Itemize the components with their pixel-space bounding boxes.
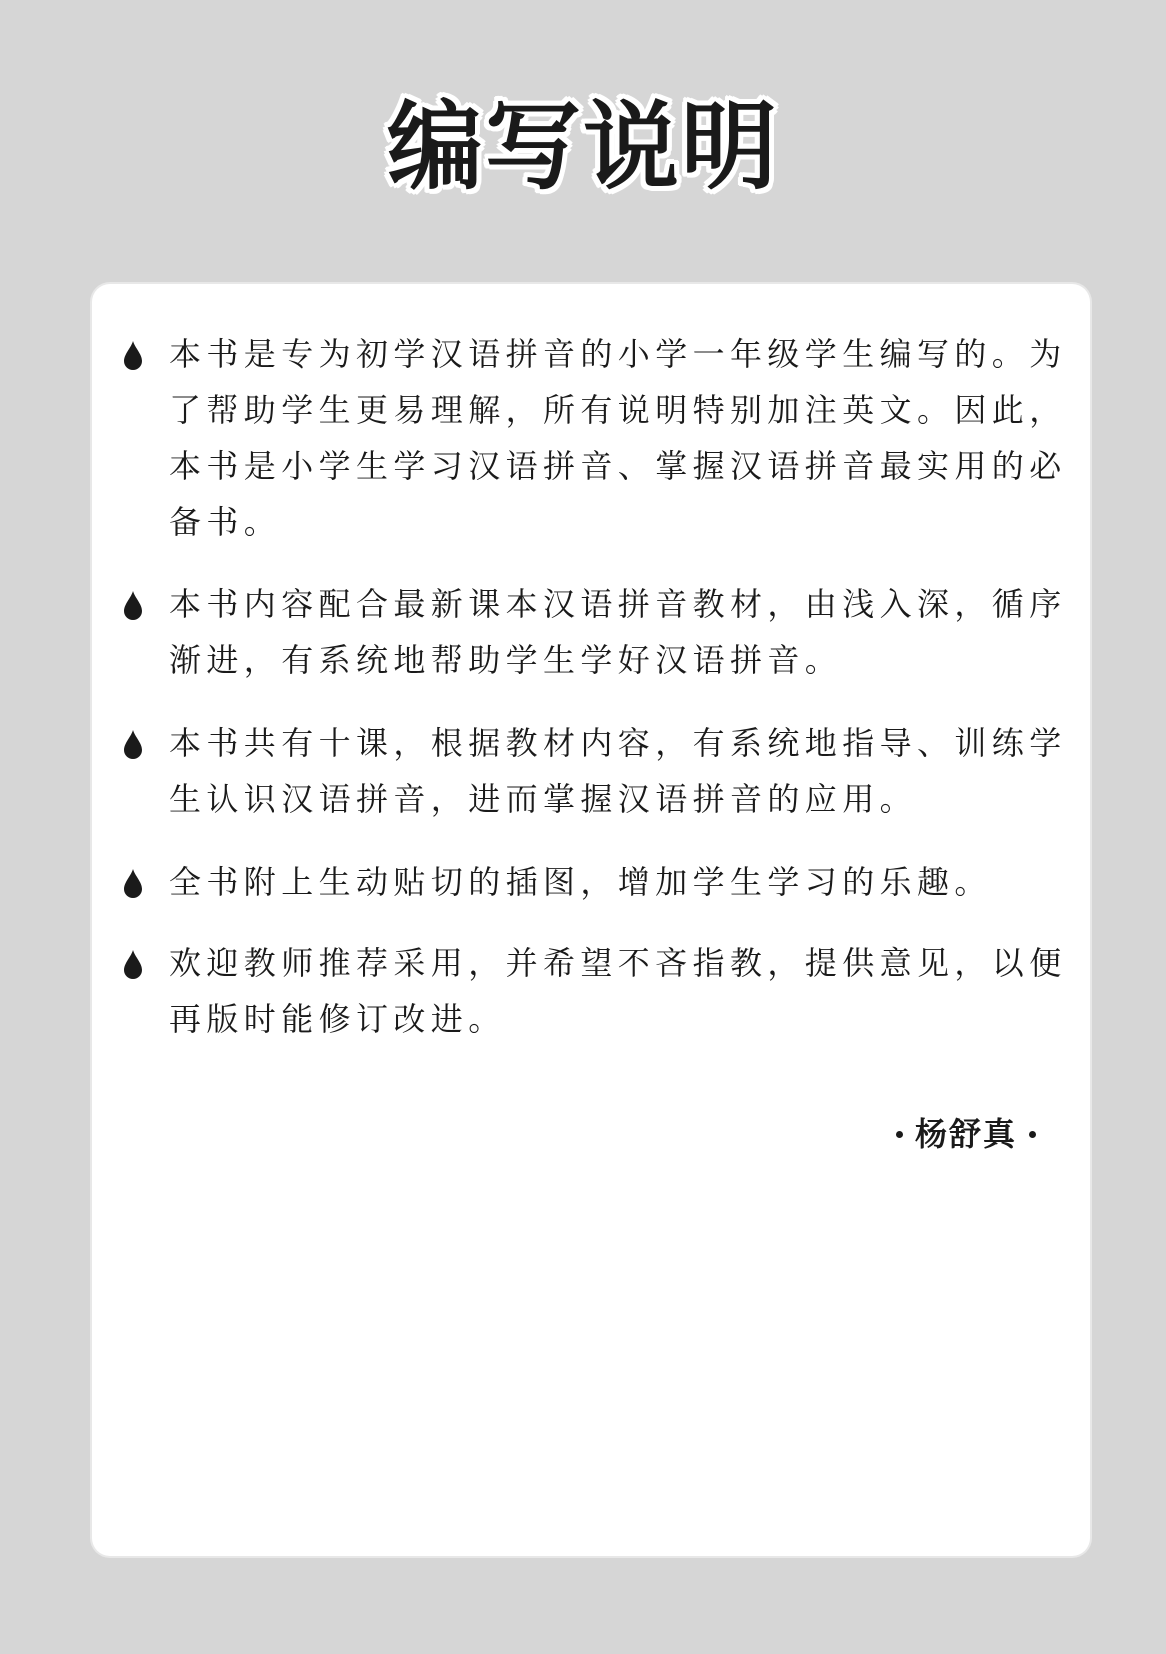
list-item-text: 欢迎教师推荐采用，并希望不吝指教，提供意见，以便 再版时能修订改进。 <box>169 935 1069 1047</box>
dot-separator-icon <box>1029 1131 1036 1138</box>
author-name: 杨舒真 <box>915 1115 1017 1153</box>
list-item-text: 全书附上生动贴切的插图，增加学生学习的乐趣。 <box>169 854 1069 910</box>
teardrop-bullet-icon <box>122 868 144 898</box>
text-line: 欢迎教师推荐采用，并希望不吝指教，提供意见，以便 <box>169 935 1069 991</box>
teardrop-bullet-icon <box>122 949 144 979</box>
text-line: 渐进，有系统地帮助学生学好汉语拼音。 <box>169 632 1069 688</box>
list-item-text: 本书共有十课，根据教材内容，有系统地指导、训练学 生认识汉语拼音，进而掌握汉语拼… <box>169 715 1069 827</box>
teardrop-bullet-icon <box>122 729 144 759</box>
author-signature: 杨舒真 <box>884 1114 1048 1154</box>
page-title: 编写说明 <box>0 92 1166 202</box>
text-line: 本书是专为初学汉语拼音的小学一年级学生编写的。为 <box>169 326 1069 382</box>
text-line: 本书共有十课，根据教材内容，有系统地指导、训练学 <box>169 715 1069 771</box>
teardrop-bullet-icon <box>122 340 144 370</box>
list-item-text: 本书内容配合最新课本汉语拼音教材，由浅入深，循序 渐进，有系统地帮助学生学好汉语… <box>169 576 1069 688</box>
dot-separator-icon <box>896 1131 903 1138</box>
text-line: 再版时能修订改进。 <box>169 991 1069 1047</box>
text-line: 生认识汉语拼音，进而掌握汉语拼音的应用。 <box>169 771 1069 827</box>
text-line: 全书附上生动贴切的插图，增加学生学习的乐趣。 <box>169 854 1069 910</box>
list-item-text: 本书是专为初学汉语拼音的小学一年级学生编写的。为 了帮助学生更易理解，所有说明特… <box>169 326 1069 550</box>
text-line: 本书是小学生学习汉语拼音、掌握汉语拼音最实用的必 <box>169 438 1069 494</box>
text-line: 本书内容配合最新课本汉语拼音教材，由浅入深，循序 <box>169 576 1069 632</box>
text-line: 了帮助学生更易理解，所有说明特别加注英文。因此， <box>169 382 1069 438</box>
teardrop-bullet-icon <box>122 590 144 620</box>
text-line: 备书。 <box>169 494 1069 550</box>
